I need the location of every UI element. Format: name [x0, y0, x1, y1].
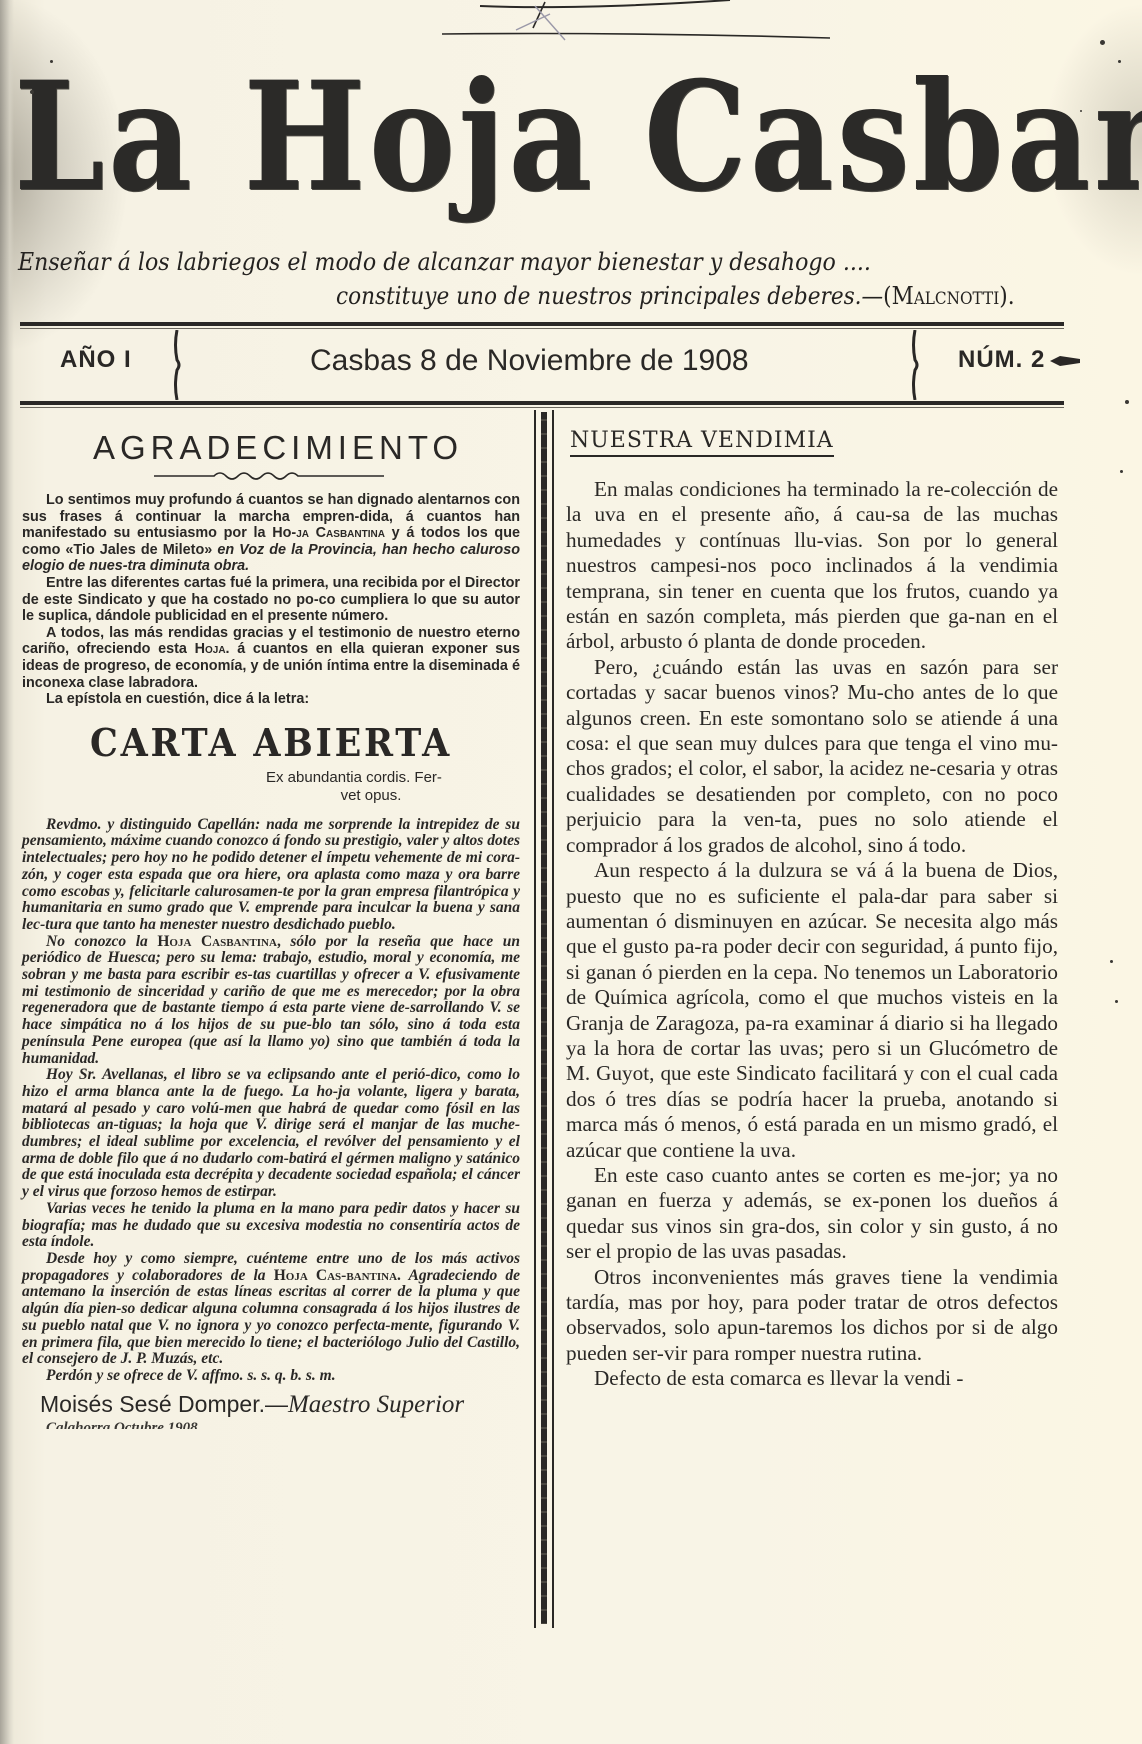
signature-role: Maestro Superior [288, 1391, 464, 1418]
newspaper-page: La Hoja Casbantina Enseñar á los labrieg… [0, 0, 1142, 1744]
letter-place-date: Calahorra Octubre 1908 [46, 1419, 520, 1429]
issue-number: NÚM. 2 [958, 346, 1045, 374]
paragraph: Aun respecto á la dulzura se vá á la bue… [566, 858, 1058, 1163]
paragraph: No conozco la Hoja Casbantina, sólo por … [22, 934, 520, 1068]
paragraph: Lo sentimos muy profundo á cuantos se ha… [22, 492, 520, 575]
motto-text: constituye uno de nuestros principales d… [336, 282, 883, 310]
motto-line-2: constituye uno de nuestros principales d… [336, 282, 1015, 310]
paragraph: Otros inconvenientes más graves tiene la… [566, 1265, 1058, 1367]
newspaper-title: La Hoja Casbantina [14, 62, 917, 212]
column-divider [534, 410, 554, 1628]
dateline-bottom-rule [20, 401, 1064, 405]
paragraph: Perdón y se ofrece de V. affmo. s. s. q.… [22, 1368, 520, 1385]
paragraph: La epístola en cuestión, dice á la letra… [22, 691, 520, 708]
epigraph-cont: vet opus. [222, 787, 520, 805]
article-nuestra-vendimia: NUESTRA VENDIMIA En malas condiciones ha… [566, 428, 1058, 1392]
year-label: AÑO I [60, 346, 132, 374]
brace-ornament-left [172, 330, 182, 400]
article-title: AGRADECIMIENTO [36, 430, 520, 466]
letter-title: CARTA ABIERTA [42, 720, 500, 765]
motto-author: (Malcnotti). [883, 282, 1014, 310]
paragraph: Desde hoy y como siempre, cuénteme entre… [22, 1251, 520, 1368]
article-title: NUESTRA VENDIMIA [570, 428, 834, 457]
issue-date: Casbas 8 de Noviembre de 1908 [310, 344, 749, 378]
paragraph: Pero, ¿cuándo están las uvas en sazón pa… [566, 655, 1058, 858]
article-body: Lo sentimos muy profundo á cuantos se ha… [22, 492, 520, 708]
scan-edge-shadow [0, 0, 14, 1744]
paragraph: Hoy Sr. Avellanas, el libro se va eclips… [22, 1067, 520, 1201]
wavy-rule-decoration [154, 468, 384, 482]
paragraph: Defecto de esta comarca es llevar la ven… [566, 1366, 1058, 1391]
paragraph: A todos, las más rendidas gracias y el t… [22, 625, 520, 691]
brace-ornament-right [910, 330, 920, 400]
paragraph: En malas condiciones ha terminado la re-… [566, 477, 1058, 655]
signature-name: Moisés Sesé Domper.— [40, 1391, 288, 1417]
signature: Moisés Sesé Domper.—Maestro Superior [40, 1391, 520, 1419]
paragraph: Varias veces he tenido la pluma en la ma… [22, 1201, 520, 1251]
motto-line-1: Enseñar á los labriegos el modo de alcan… [18, 248, 871, 276]
letter-body: Revdmo. y distinguido Capellán: nada me … [22, 817, 520, 1385]
dateline-top-rule [20, 322, 1064, 326]
paragraph: Entre las diferentes cartas fué la prime… [22, 575, 520, 625]
paragraph: Revdmo. y distinguido Capellán: nada me … [22, 817, 520, 934]
epigraph: Ex abundantia cordis. Fer- [266, 769, 520, 787]
paragraph: En este caso cuanto antes se corten es m… [566, 1163, 1058, 1265]
article-body: En malas condiciones ha terminado la re-… [566, 477, 1058, 1392]
arrow-ornament-icon [1050, 356, 1080, 366]
article-agradecimiento: AGRADECIMIENTO Lo sentimos muy profundo … [22, 430, 520, 1429]
